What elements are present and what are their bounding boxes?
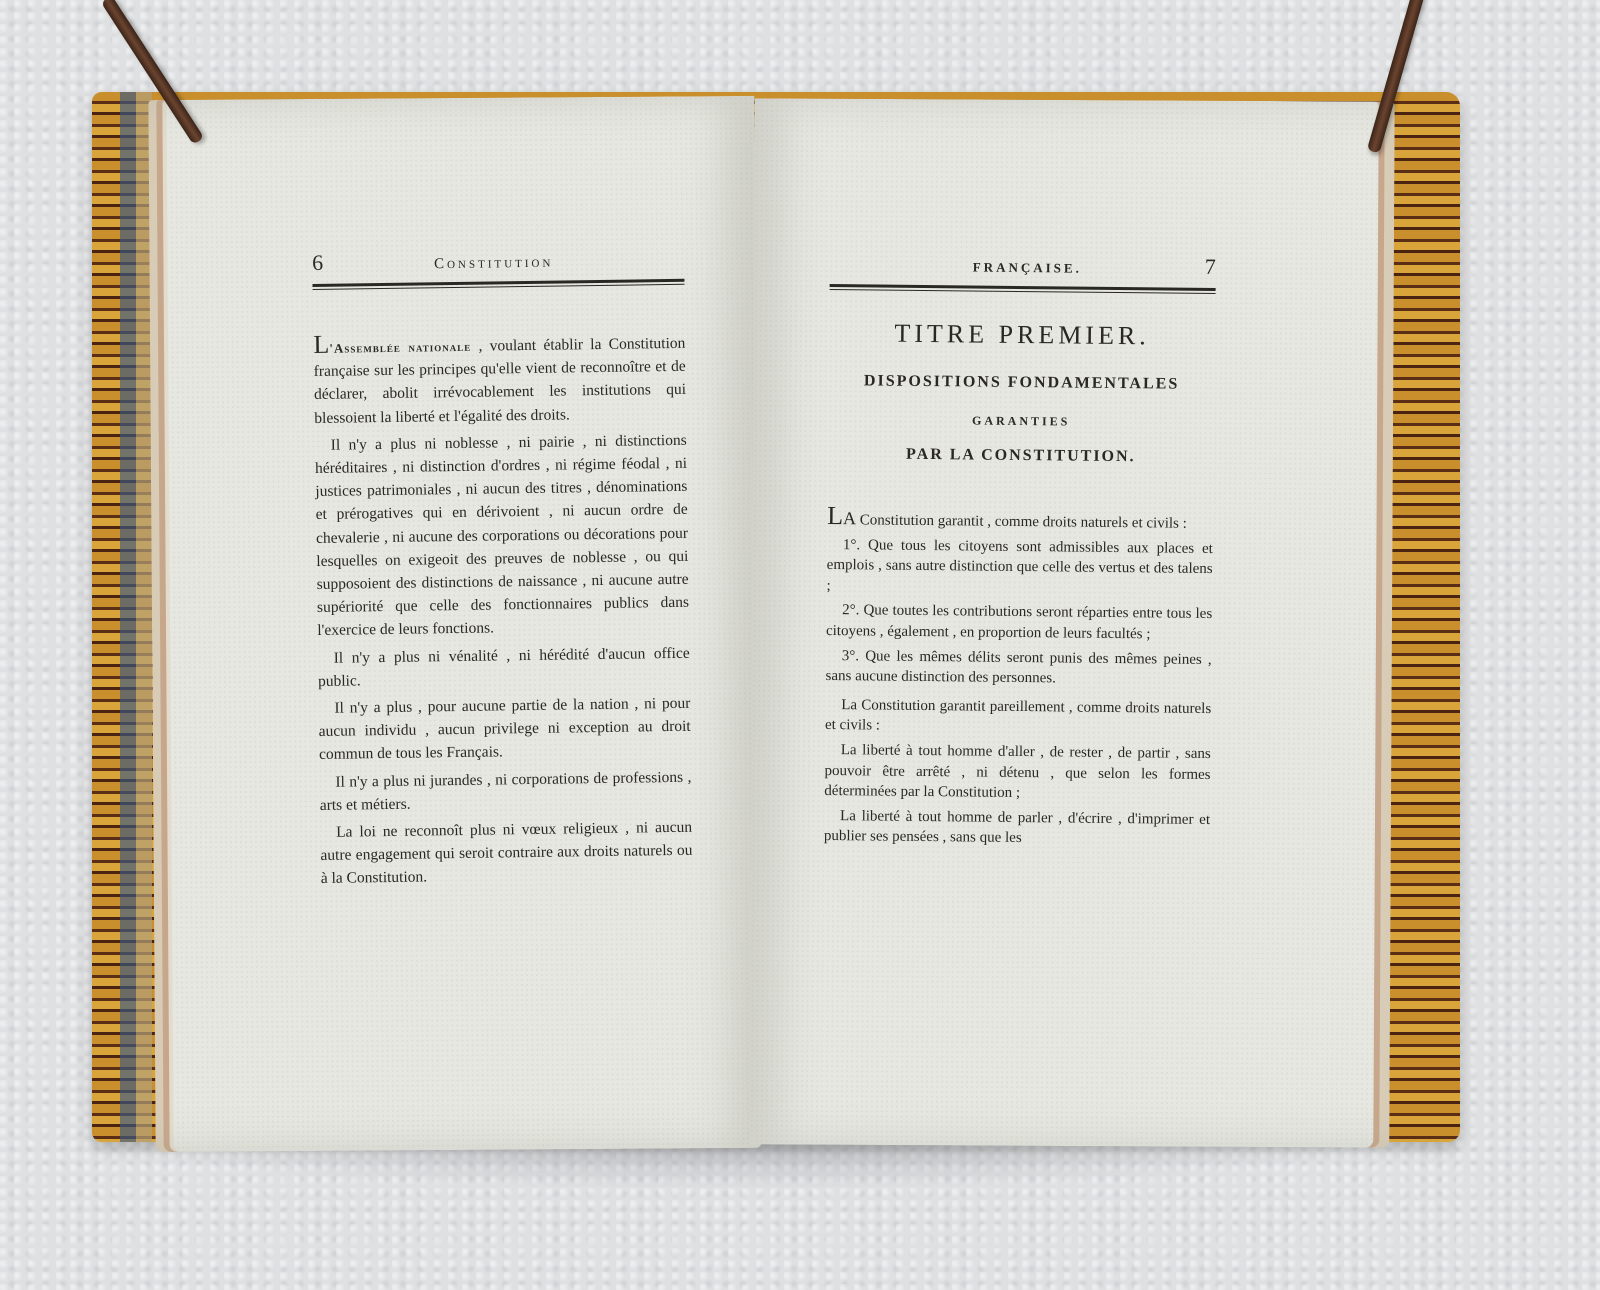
paragraph: LA Constitution garantit , comme droits … bbox=[827, 503, 1213, 535]
page-number-left: 6 bbox=[312, 250, 323, 276]
section-subtitle-by: PAR LA CONSTITUTION. bbox=[828, 445, 1214, 467]
left-page-text: 6 Constitution L'Assemblée nationale , v… bbox=[312, 245, 693, 895]
paragraph: Il n'y a plus , pour aucune partie de la… bbox=[318, 692, 691, 767]
paragraph: Il n'y a plus ni vénalité , ni hérédité … bbox=[318, 641, 691, 693]
right-page-text: FRANÇAISE. 7 TITRE PREMIER. DISPOSITIONS… bbox=[824, 250, 1216, 855]
paragraph: Il n'y a plus ni noblesse , ni pairie , … bbox=[315, 429, 690, 643]
paragraph: Il n'y a plus ni jurandes , ni corporati… bbox=[319, 765, 692, 817]
paragraph: La loi ne reconnoît plus ni vœux religie… bbox=[320, 816, 693, 891]
running-head-title-right: FRANÇAISE. bbox=[973, 259, 1082, 276]
paragraph: La liberté à tout homme d'aller , de res… bbox=[824, 740, 1211, 806]
smallcaps-lead: 'Assemblée nationale bbox=[329, 339, 471, 356]
list-item: 1°. Que tous les citoyens sont admissibl… bbox=[826, 535, 1213, 601]
list-item: 2°. Que toutes les contributions seront … bbox=[826, 600, 1212, 645]
running-head-right: FRANÇAISE. 7 bbox=[830, 250, 1216, 284]
paragraph: L'Assemblée nationale , voulant établir … bbox=[313, 327, 686, 430]
section-subtitle-small: GARANTIES bbox=[828, 412, 1214, 431]
running-head-left: 6 Constitution bbox=[312, 245, 684, 280]
dropcap: L bbox=[313, 330, 329, 359]
book-cover-marbled-edge bbox=[92, 92, 152, 1142]
header-double-rule bbox=[830, 284, 1216, 294]
list-item: 3°. Que les mêmes délits seront punis de… bbox=[825, 646, 1211, 691]
section-subtitle: DISPOSITIONS FONDAMENTALES bbox=[829, 372, 1215, 394]
page-number-right: 7 bbox=[1205, 254, 1216, 280]
section-title: TITRE PREMIER. bbox=[829, 318, 1215, 352]
dropcap: L bbox=[827, 501, 843, 530]
paragraph: La Constitution garantit pareillement , … bbox=[825, 695, 1211, 740]
paragraph: La liberté à tout homme de parler , d'éc… bbox=[824, 806, 1210, 851]
paragraph-text: Constitution garantit , comme droits nat… bbox=[856, 512, 1187, 531]
caps-lead: A bbox=[843, 508, 856, 528]
header-double-rule bbox=[312, 279, 684, 290]
running-head-title-left: Constitution bbox=[434, 255, 554, 274]
